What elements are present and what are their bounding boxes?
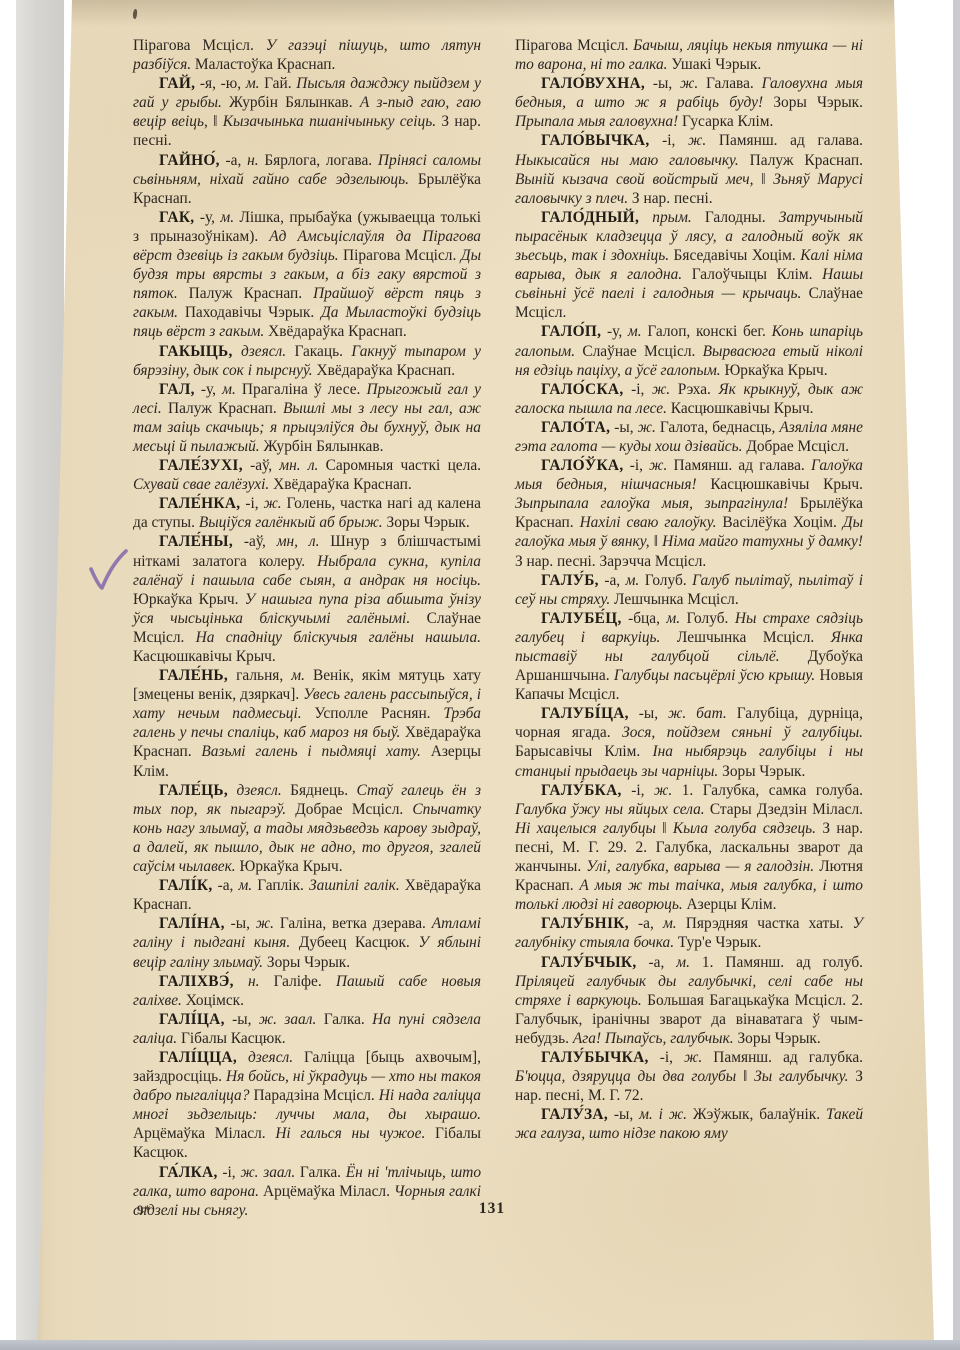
definition-text: 1. Памянш. ад голуб.: [690, 954, 863, 971]
headword: ГАЛО́ЎКА,: [541, 457, 624, 474]
headword: ГАЛУБЕ́Ц,: [541, 610, 622, 627]
dictionary-entry: ГАЛО́ВЫЧКА, -і, ж. Памянш. ад галава. Ны…: [515, 131, 863, 207]
right-column: Пірагова Мсцісл. Бачыш, ляціць некыя пту…: [515, 36, 863, 1143]
example-or-label-text: м. і ж.: [639, 1106, 687, 1123]
definition-text: -ы,: [225, 915, 256, 932]
definition-text: Дубеец Касцюк.: [290, 934, 418, 951]
definition-text: Тур'е Чэрык.: [674, 934, 761, 951]
definition-text: Лешчынка Мсцісл.: [660, 629, 830, 646]
example-or-label-text: м.: [238, 877, 252, 894]
definition-text: Арцёмаўка Міласл.: [259, 1183, 394, 1200]
example-or-label-text: Ні галься ны чужое.: [275, 1125, 425, 1142]
definition-text: Палуж Краснап.: [739, 152, 863, 169]
definition-text: Юркаўка Крыч.: [133, 591, 245, 608]
example-or-label-text: дзеясл.: [248, 1049, 293, 1066]
example-or-label-text: ж.: [638, 419, 656, 436]
example-or-label-text: Нахілі сваю галоўку.: [580, 514, 717, 531]
headword: ГАЛУ́БЧЫК,: [541, 954, 637, 971]
dictionary-entry: ГАЛУ́БКА, -і, ж. 1. Галубка, самка голуб…: [515, 781, 863, 915]
headword: ГАЛО́П,: [541, 323, 601, 340]
example-or-label-text: ж.: [652, 381, 670, 398]
headword: ГАКЫЦЬ,: [159, 343, 233, 360]
example-or-label-text: м.: [628, 323, 642, 340]
definition-text: Саромныя часткі цела.: [318, 457, 481, 474]
definition-text: Лешчынка Мсцісл.: [610, 591, 739, 608]
headword: ГАЛО́ДНЫЙ,: [541, 209, 639, 226]
definition-text: -ы,: [225, 1011, 259, 1028]
definition-text: Бяднець.: [282, 782, 357, 799]
definition-text: Прагаліна ў лесе.: [236, 381, 367, 398]
definition-text: Стары Дзедзін Міласл.: [705, 801, 863, 818]
definition-text: Голуб.: [639, 572, 692, 589]
definition-text: -а,: [220, 152, 247, 169]
definition-text: Касцюшкавічы Крыч.: [697, 476, 863, 493]
definition-text: Галота, беднасць,: [656, 419, 780, 436]
headword: ГАЛЕ́НЫ,: [159, 533, 233, 550]
example-or-label-text: м.: [246, 75, 260, 92]
dictionary-entry: ГАЛУБІ́ЦА, -ы, ж. бат. Галубіца, дурніца…: [515, 704, 863, 780]
continuation-paragraph: Пірагова Мсцісл. У газэці пішуць, што ля…: [133, 36, 481, 74]
definition-text: Галка.: [295, 1164, 346, 1181]
headword: ГАЛУ́Б,: [541, 572, 599, 589]
example-or-label-text: мн, л.: [277, 533, 320, 550]
dictionary-entry: ГАЛУ́БНІК, -а, м. Пярэдняя частка хаты. …: [515, 914, 863, 952]
definition-text: Добрае Мсцісл.: [286, 801, 412, 818]
example-or-label-text: прым.: [652, 209, 691, 226]
definition-text: -аў,: [243, 457, 279, 474]
definition-text: Касцюшкавічы Крыч.: [133, 648, 276, 665]
definition-text: Пірагова Мсцісл.: [515, 37, 633, 54]
example-or-label-text: ж.: [649, 457, 667, 474]
definition-text: -ы,: [645, 75, 680, 92]
definition-text: Гай.: [259, 75, 296, 92]
dictionary-entry: ГАЛУ́ЗА, -ы, м. і ж. Жэўжык, балаўнік. Т…: [515, 1105, 863, 1143]
example-or-label-text: м.: [222, 381, 236, 398]
headword: ГАЛО́ВУХНА,: [541, 75, 645, 92]
definition-text: Зоры Чэрык.: [383, 514, 470, 531]
definition-text: [639, 209, 652, 226]
printer-signature: 9*: [137, 1203, 152, 1218]
definition-text: [234, 973, 248, 990]
definition-text: Юркаўка Крыч.: [721, 362, 828, 379]
example-or-label-text: м.: [626, 572, 640, 589]
dictionary-entry: ГАЛУ́БЧЫК, -а, м. 1. Памянш. ад голуб. П…: [515, 953, 863, 1048]
example-or-label-text: Улі, галубка, варыва — я галодзін.: [586, 858, 814, 875]
example-or-label-text: мн. л.: [279, 457, 318, 474]
definition-text: 1. Галубка, самка голуба.: [672, 782, 863, 799]
definition-text: Добрае Мсцісл.: [742, 438, 848, 455]
definition-text: Слаўнае Мсцісл.: [575, 343, 703, 360]
definition-text: -у,: [195, 381, 222, 398]
definition-text: Зоры Чэрык.: [263, 954, 350, 971]
example-or-label-text: дзеясл.: [237, 782, 282, 799]
dictionary-entry: ГАЛО́ВУХНА, -ы, ж. Галава. Галовухна мыя…: [515, 74, 863, 131]
dictionary-entry: ГАЛО́СКА, -і, ж. Рэха. Як крыкнуў, дык а…: [515, 380, 863, 418]
example-or-label-text: м.: [663, 915, 677, 932]
definition-text: Голуб.: [680, 610, 735, 627]
definition-text: Галава.: [698, 75, 761, 92]
dictionary-entry: ГАЛЕ́ЗУХІ, -аў, мн. л. Саромныя часткі ц…: [133, 456, 481, 494]
definition-text: Касцюшкавічы Крыч.: [667, 400, 814, 417]
dictionary-entry: ГАК, -у, м. Лішка, прыбаўка (ужываецца т…: [133, 208, 481, 342]
example-or-label-text: Ага! Пыпаўсь, галубчык.: [573, 1030, 734, 1047]
dictionary-entry: ГАЛ, -у, м. Прагаліна ў лесе. Прыгожый г…: [133, 380, 481, 456]
example-or-label-text: Галубцы пасьцёрлі ўсю крышу.: [614, 667, 815, 684]
dictionary-entry: ГАЙ, -я, -ю, м. Гай. Пысьля дажджу пыйдз…: [133, 74, 481, 150]
headword: ГАЛУ́БЫЧКА,: [541, 1049, 649, 1066]
definition-text: -і,: [622, 782, 654, 799]
example-or-label-text: Галубка ўжу ны яйцых села.: [515, 801, 705, 818]
definition-text: -і,: [218, 1164, 241, 1181]
headword: ГАЛЕ́НЬ,: [159, 667, 228, 684]
definition-text: Гібалы Касцюк.: [177, 1030, 285, 1047]
definition-text: Галіна, ветка дзерава.: [274, 915, 432, 932]
definition-text: -у,: [194, 209, 220, 226]
dictionary-entry: ГАЛУ́БЫЧКА, -і, ж. Памянш. ад галубка. Б…: [515, 1048, 863, 1105]
dictionary-entry: ГАЙНО́, -а, н. Бярлога, логава. Прінясі …: [133, 151, 481, 208]
example-or-label-text: м.: [220, 209, 234, 226]
headword: ГАЛУ́ЗА,: [541, 1106, 608, 1123]
example-or-label-text: м.: [291, 667, 305, 684]
definition-text: Рэха.: [670, 381, 718, 398]
definition-text: -а,: [629, 915, 663, 932]
dictionary-entry: ГАКЫЦЬ, дзеясл. Гакаць. Гакнуў тыпаром у…: [133, 342, 481, 380]
definition-text: Азерцы Клім.: [683, 896, 777, 913]
definition-text: -бца,: [622, 610, 667, 627]
definition-text: Юркаўка Крыч.: [236, 858, 343, 875]
definition-text: -а,: [213, 877, 239, 894]
definition-text: Гаплік.: [252, 877, 309, 894]
example-or-label-text: На спадніцу бліскучыя галёны нашыла.: [196, 629, 481, 646]
example-or-label-text: Зашпілі галік.: [309, 877, 400, 894]
dictionary-entry: ГАЛІ́НА, -ы, ж. Галіна, ветка дзерава. А…: [133, 914, 481, 971]
definition-text: Усполле Раснян.: [302, 705, 444, 722]
headword: ГАЛІ́ЦЦА,: [159, 1049, 237, 1066]
definition-text: Зоры Чэрык.: [734, 1030, 821, 1047]
example-or-label-text: Прыпала мыя галовухна!: [515, 113, 678, 130]
definition-text: -аў,: [233, 533, 277, 550]
definition-text: Журбін Бялынкав.: [260, 438, 384, 455]
definition-text: -і,: [624, 457, 650, 474]
headword: ГАЛ,: [159, 381, 195, 398]
definition-text: Памянш. ад галава.: [667, 457, 811, 474]
definition-text: Парадзіна Мсцісл.: [249, 1087, 378, 1104]
example-or-label-text: Вазьмі галень і пыдмяці хату.: [201, 743, 421, 760]
headword: ГАЛЕ́ЗУХІ,: [159, 457, 243, 474]
definition-text: З нар. песні.: [628, 190, 713, 207]
definition-text: Барысавічы Клім.: [515, 743, 653, 760]
headword: ГАЛО́СКА,: [541, 381, 624, 398]
definition-text: Палуж Краснап.: [178, 285, 313, 302]
example-or-label-text: н.: [248, 973, 259, 990]
definition-text: Гусарка Клім.: [678, 113, 773, 130]
definition-text: -і,: [649, 1049, 684, 1066]
headword: ГАЛУ́БНІК,: [541, 915, 629, 932]
dictionary-entry: ГА́ЛКА, -і, ж. заал. Галка. Ён ні 'тлічы…: [133, 1163, 481, 1220]
definition-text: [237, 1049, 248, 1066]
headword: ГАЛЕ́ЦЬ,: [159, 782, 228, 799]
definition-text: Бяседавічы Хоцім.: [669, 247, 800, 264]
dictionary-entry: ГАЛІ́К, -а, м. Гаплік. Зашпілі галік. Хв…: [133, 876, 481, 914]
example-or-label-text: Схувай свае галёзухі.: [133, 476, 269, 493]
definition-text: Хвёдараўка Краснап.: [264, 323, 406, 340]
definition-text: Паходавічы Чэрык.: [178, 304, 321, 321]
definition-text: -і,: [240, 495, 263, 512]
left-column: Пірагова Мсцісл. У газэці пішуць, што ля…: [133, 36, 481, 1220]
definition-text: Памянш. ад галава.: [706, 132, 863, 149]
definition-text: Галоп, конскі бег.: [642, 323, 772, 340]
definition-text: -а,: [599, 572, 626, 589]
example-or-label-text: ж.: [654, 782, 672, 799]
scan-edge-bottom: [0, 1340, 960, 1350]
continuation-paragraph: Пірагова Мсцісл. Бачыш, ляціць некыя пту…: [515, 36, 863, 74]
definition-text: Галка.: [316, 1011, 372, 1028]
example-or-label-text: ж.: [263, 495, 281, 512]
example-or-label-text: Зося, пойдзем сяньні ў галубіцы.: [622, 724, 863, 741]
dictionary-entry: ГАЛІ́ЦЦА, дзеясл. Галіцца [быць ахвочым]…: [133, 1048, 481, 1163]
example-or-label-text: Ні хацелыся галубцы ‖ Кыла голуба сядзец…: [515, 820, 816, 837]
example-or-label-text: Б'юцца, дзяруцца ды два голубы ‖ Зы галу…: [515, 1068, 848, 1085]
headword: ГАЛЕ́НКА,: [159, 495, 240, 512]
example-or-label-text: н.: [247, 152, 258, 169]
headword: ГАЛУ́БКА,: [541, 782, 622, 799]
headword: ГАЛІ́К,: [159, 877, 213, 894]
headword: ГАЙ,: [159, 75, 195, 92]
dictionary-entry: ГАЛУ́Б, -а, м. Голуб. Галуб пылітаў, пыл…: [515, 571, 863, 609]
dictionary-entry: ГАЛЕ́НЫ, -аў, мн, л. Шнур з блішчастымі …: [133, 532, 481, 666]
definition-text: Журбін Бялынкав.: [222, 94, 360, 111]
definition-text: гальня,: [228, 667, 291, 684]
example-or-label-text: м.: [676, 954, 690, 971]
headword: ГАЙНО́,: [159, 152, 220, 169]
definition-text: З нар. песні. Зарэчча Мсцісл.: [515, 553, 706, 570]
dictionary-entry: ГАЛІХВЭ́, н. Галіфе. Пашый сабе новыя га…: [133, 972, 481, 1010]
definition-text: Памянш. ад галубка.: [702, 1049, 863, 1066]
headword: ГАК,: [159, 209, 194, 226]
headword: ГАЛІ́ЦА,: [159, 1011, 225, 1028]
dictionary-entry: ГАЛО́ТА, -ы, ж. Галота, беднасць, Азяліл…: [515, 418, 863, 456]
example-or-label-text: ж. заал.: [240, 1164, 295, 1181]
definition-text: Галоўчыцы Клім.: [682, 266, 822, 283]
example-or-label-text: м.: [666, 610, 680, 627]
definition-text: [233, 343, 241, 360]
example-or-label-text: ж. бат.: [668, 705, 727, 722]
scan-edge-right: [953, 0, 960, 1350]
dictionary-entry: ГАЛУБЕ́Ц, -бца, м. Голуб. Ны страхе сядз…: [515, 609, 863, 704]
example-or-label-text: ж.: [256, 915, 274, 932]
definition-text: -ы,: [629, 705, 668, 722]
definition-text: -я, -ю,: [195, 75, 246, 92]
definition-text: Хоцімск.: [182, 992, 244, 1009]
definition-text: Васілёўка Хоцім.: [716, 514, 842, 531]
definition-text: Зоры Чэрык.: [763, 94, 863, 111]
example-or-label-text: Зыпрыпала галоўка мыя, зыпрагінула!: [515, 495, 788, 512]
definition-text: -і,: [649, 132, 688, 149]
definition-text: Маластоўка Краснап.: [191, 56, 335, 73]
example-or-label-text: ж. заал.: [259, 1011, 317, 1028]
page-number: 131: [462, 1200, 522, 1218]
definition-text: [228, 782, 236, 799]
definition-text: -ы,: [610, 419, 637, 436]
example-or-label-text: Ныкысайся ны маю галовычку.: [515, 152, 739, 169]
headword: ГАЛО́ВЫЧКА,: [541, 132, 649, 149]
headword: ГАЛІ́НА,: [159, 915, 225, 932]
definition-text: Ушакі Чэрык.: [668, 56, 762, 73]
dictionary-entry: ГАЛЕ́НКА, -і, ж. Голень, частка нагі ад …: [133, 494, 481, 532]
dictionary-entry: ГАЛІ́ЦА, -ы, ж. заал. Галка. На пуні сяд…: [133, 1010, 481, 1048]
example-or-label-text: дзеясл.: [241, 343, 286, 360]
definition-text: Гакаць.: [286, 343, 351, 360]
dictionary-entry: ГАЛО́П, -у, м. Галоп, конскі бег. Конь ш…: [515, 322, 863, 379]
example-or-label-text: Выціўся галёнкый аб брыж.: [199, 514, 383, 531]
definition-text: Галіфе.: [259, 973, 335, 990]
definition-text: Палуж Краснап.: [162, 400, 283, 417]
headword: ГА́ЛКА,: [159, 1164, 218, 1181]
handwritten-checkmark: [86, 546, 136, 600]
dictionary-entry: ГАЛО́ДНЫЙ, прым. Галодны. Затручыный пыр…: [515, 208, 863, 323]
dictionary-entry: ГАЛЕ́ЦЬ, дзеясл. Бяднець. Стаў галець ён…: [133, 781, 481, 876]
definition-text: -а,: [637, 954, 677, 971]
definition-text: Пярэдняя частка хаты.: [677, 915, 853, 932]
definition-text: -ы,: [608, 1106, 639, 1123]
definition-text: -і,: [624, 381, 652, 398]
headword: ГАЛІХВЭ́,: [159, 973, 234, 990]
scanned-dictionary-page: { "page": { "footer_left": "9*", "page_n…: [0, 0, 960, 1350]
definition-text: Хвёдараўка Краснап.: [269, 476, 411, 493]
dictionary-entry: ГАЛО́ЎКА, -і, ж. Памянш. ад галава. Гало…: [515, 456, 863, 571]
example-or-label-text: ж.: [684, 1049, 702, 1066]
definition-text: Пірагова Мсцісл.: [133, 37, 266, 54]
headword: ГАЛО́ТА,: [541, 419, 610, 436]
definition-text: Арцёмаўка Міласл.: [133, 1125, 275, 1142]
definition-text: Хвёдараўка Краснап.: [313, 362, 455, 379]
definition-text: -у,: [601, 323, 628, 340]
definition-text: Галодны.: [692, 209, 779, 226]
definition-text: Жэўжык, балаўнік.: [687, 1106, 826, 1123]
definition-text: Бярлога, логава.: [259, 152, 378, 169]
dictionary-entry: ГАЛЕ́НЬ, гальня, м. Венік, якім мятуць х…: [133, 666, 481, 781]
example-or-label-text: ж.: [680, 75, 698, 92]
headword: ГАЛУБІ́ЦА,: [541, 705, 629, 722]
example-or-label-text: ж.: [688, 132, 706, 149]
definition-text: Зоры Чэрык.: [718, 763, 805, 780]
definition-text: Пірагова Мсцісл.: [339, 247, 461, 264]
